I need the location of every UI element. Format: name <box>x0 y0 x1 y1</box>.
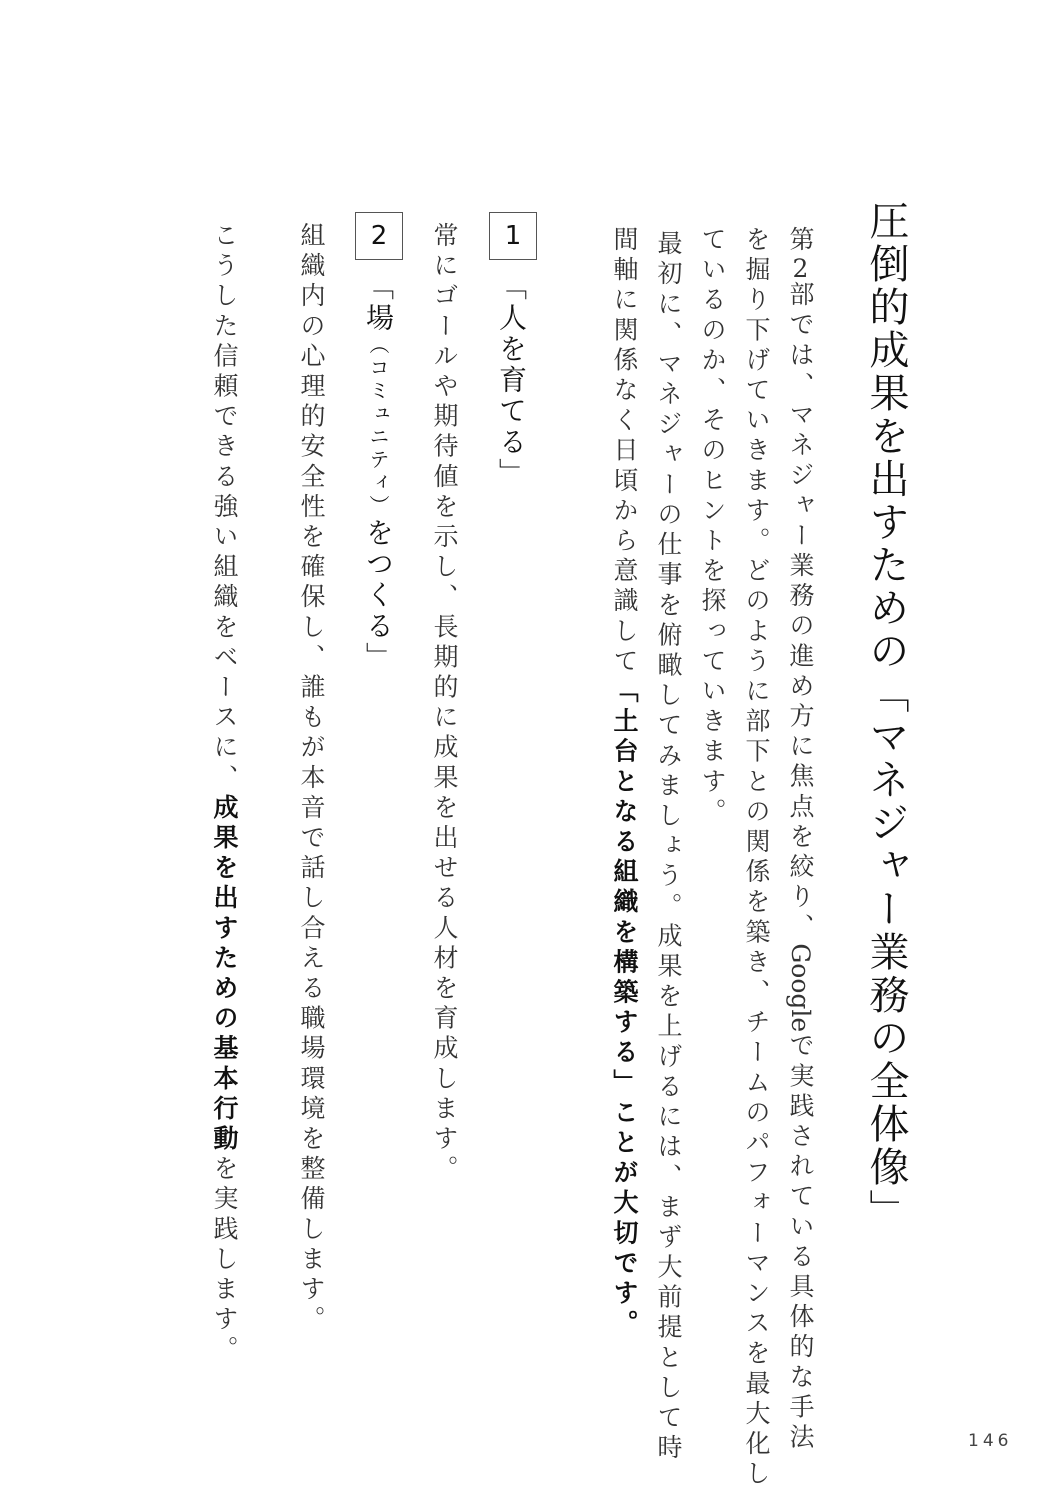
heading-segment: をつくる」 <box>362 518 395 673</box>
page-title: 圧倒的成果を出すための「マネジャー業務の全体像」 <box>866 200 906 1232</box>
heading-segment: 「場 <box>362 272 395 334</box>
section-2-body: 組織内の心理的安全性を確保し、誰もが本音で話し合える職場環境を整備します。 <box>299 222 324 1336</box>
text-segment: こうした信頼できる強い組織をベースに、 <box>210 222 239 794</box>
text-segment: 間軸に関係なく日頃から意識して <box>610 226 639 678</box>
section-1-body: 常にゴールや期待値を示し、長期的に成果を出せる人材を育成します。 <box>432 222 457 1185</box>
text-segment-latin: Google <box>786 943 815 1032</box>
text-segment: を実践します。 <box>210 1155 239 1366</box>
text-segment-number: 2 <box>786 256 815 281</box>
emphasis-text: 成果を出すための基本行動 <box>210 794 239 1155</box>
intro-paragraph-2-line-2: 間軸に関係なく日頃から意識して「土台となる組織を構築する」ことが大切です。 <box>612 226 637 1340</box>
section-1-number: 1 <box>505 221 522 251</box>
emphasis-text: 「土台となる組織を構築する」ことが大切です。 <box>610 678 639 1340</box>
section-2-number-box: 2 <box>355 212 403 260</box>
text-segment: 部では、マネジャー業務の進め方に焦点を絞り、 <box>786 281 815 943</box>
closing-line: こうした信頼できる強い組織をベースに、成果を出すための基本行動を実践します。 <box>212 222 237 1366</box>
section-1-heading: 「人を育てる」 <box>497 272 525 489</box>
intro-paragraph-2-line-1: 最初に、マネジャーの仕事を俯瞰してみましょう。成果を上げるには、まず大前提として… <box>656 200 681 1464</box>
intro-paragraph-1-line-3: ているのか、そのヒントを探っていきます。 <box>700 226 725 828</box>
page-number: 146 <box>968 1431 1012 1451</box>
text-segment: 第 <box>786 226 815 256</box>
intro-paragraph-1-line-2: を掘り下げていきます。どのように部下との関係を築き、チームのパフォーマンスを最大… <box>744 226 769 1490</box>
section-2-number: 2 <box>371 221 388 251</box>
section-1-number-box: 1 <box>489 212 537 260</box>
text-segment: で実践されている具体的な手法 <box>786 1032 815 1453</box>
intro-paragraph-1-line-1: 第2部では、マネジャー業務の進め方に焦点を絞り、Googleで実践されている具体… <box>788 226 813 1454</box>
heading-segment-parenthetical: （コミュニティ） <box>366 334 390 518</box>
section-2-heading: 「場（コミュニティ）をつくる」 <box>364 272 392 673</box>
